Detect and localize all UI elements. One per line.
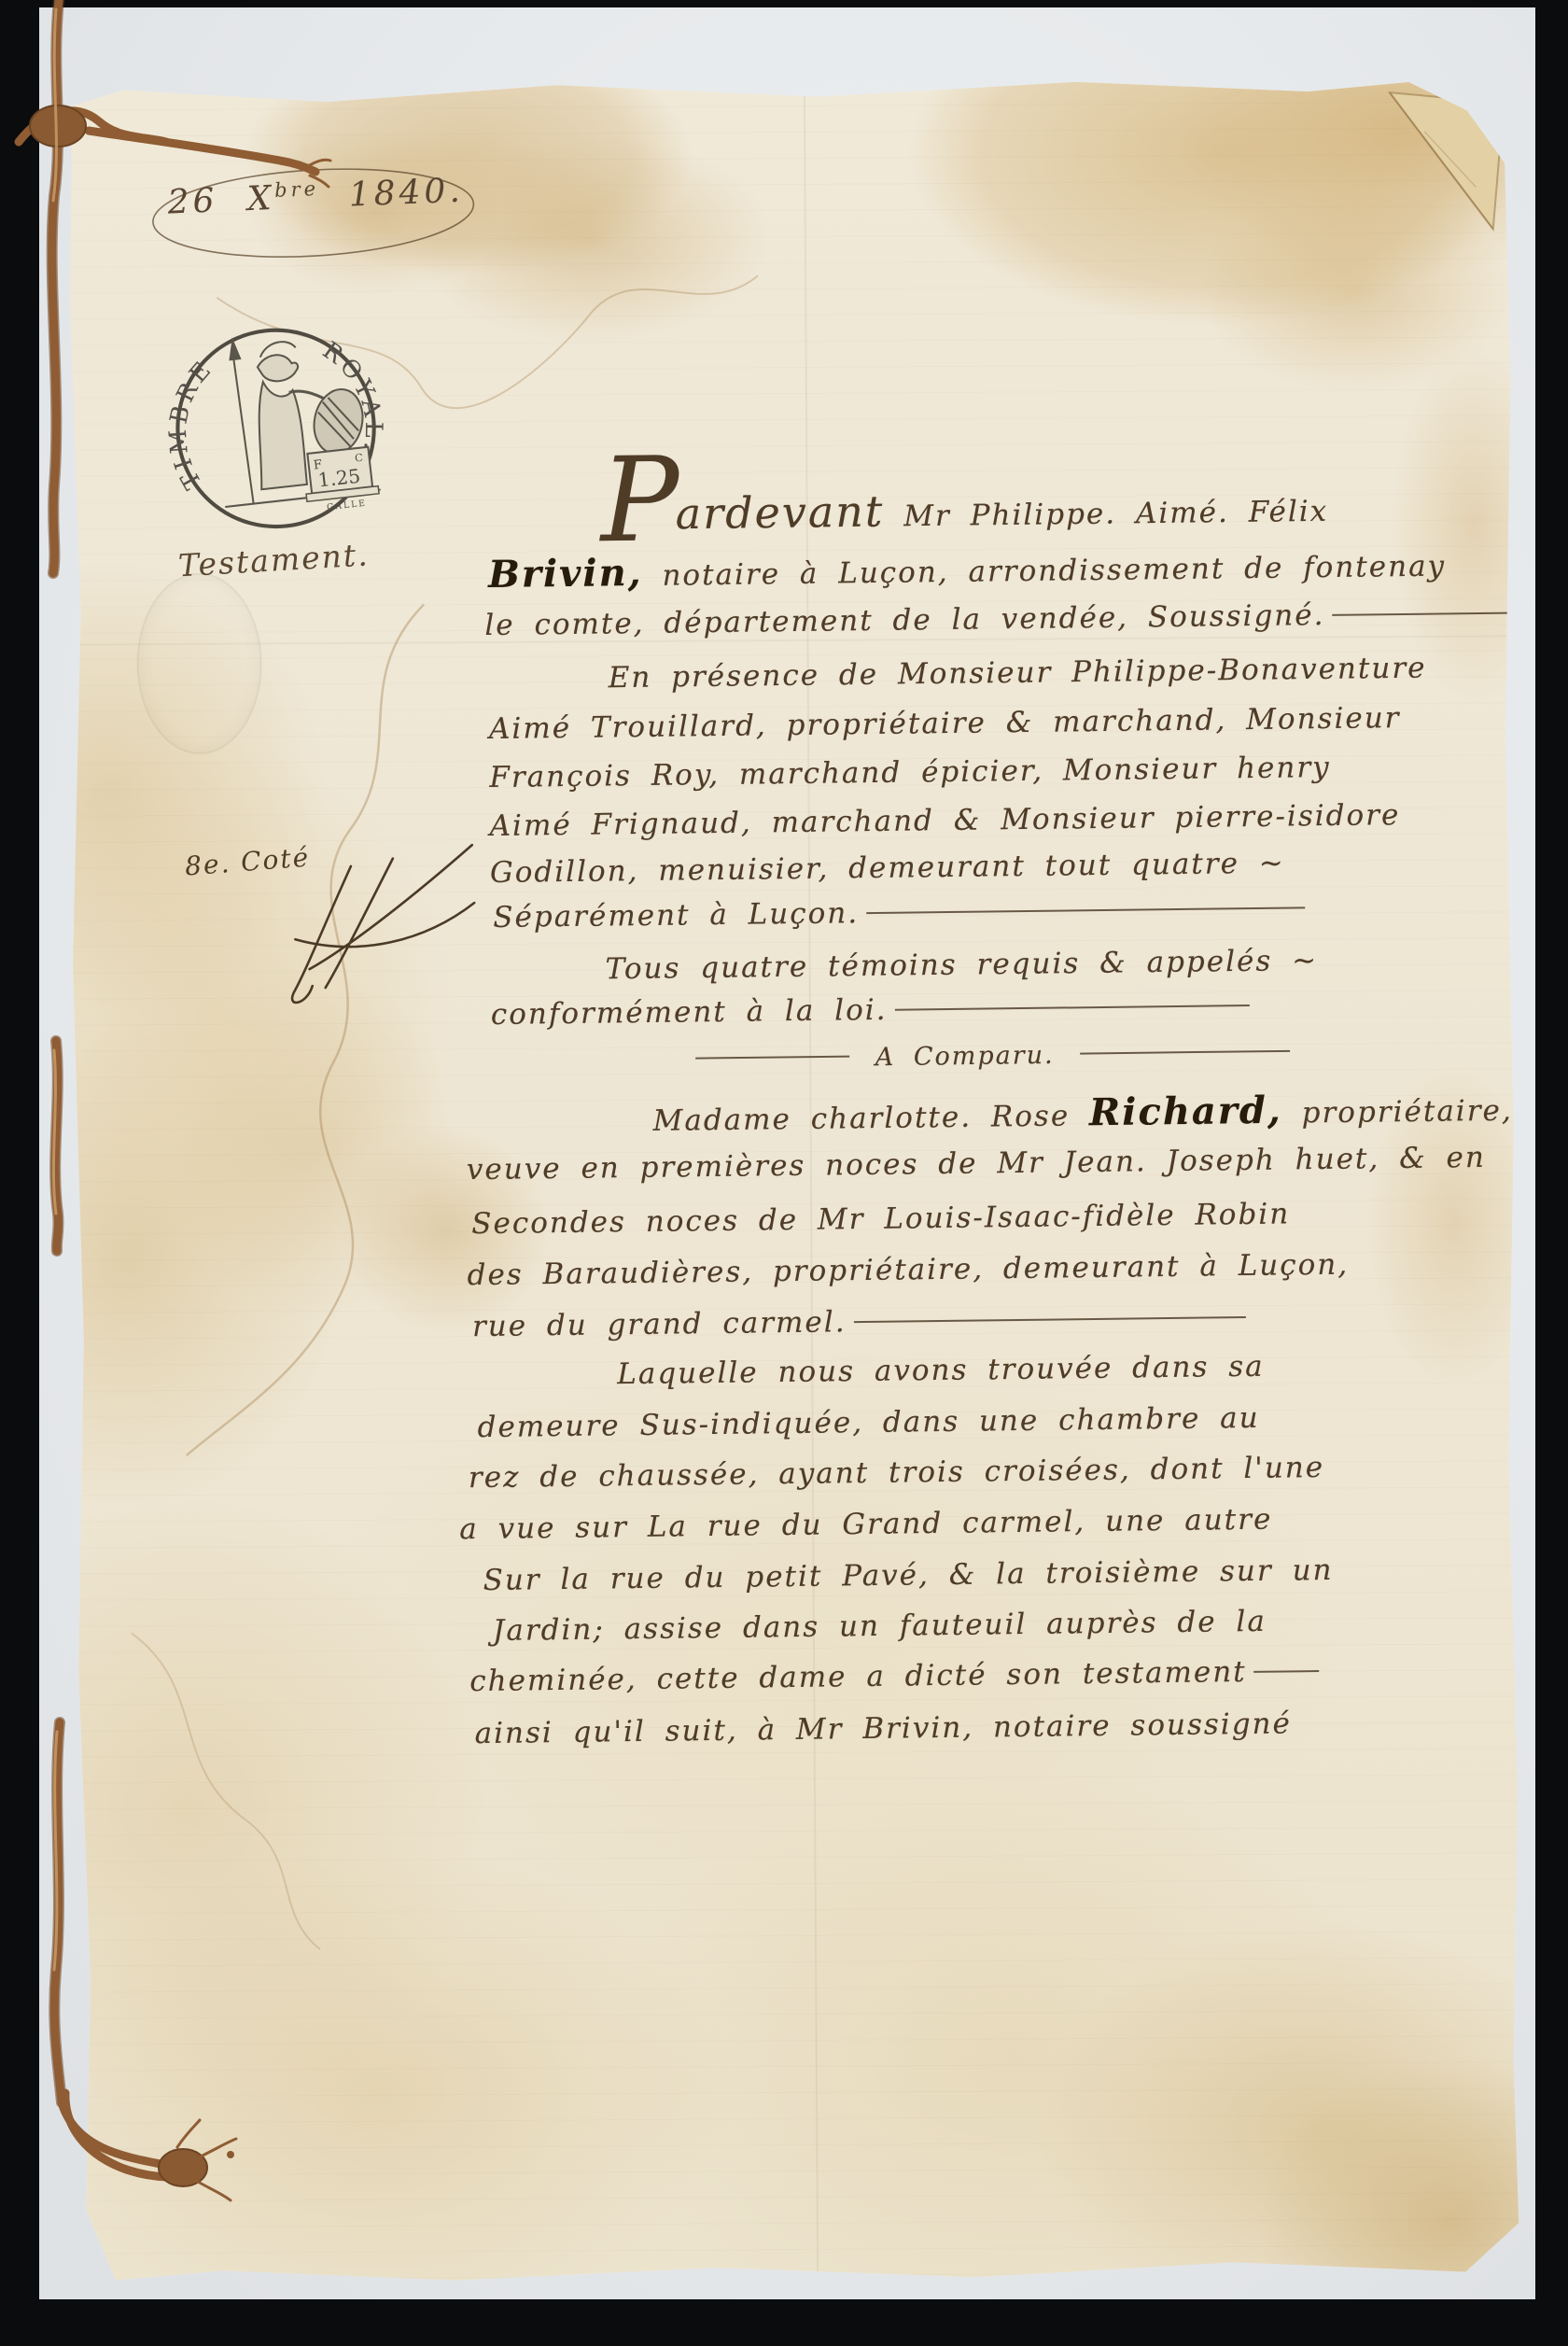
manuscript-line: Pardevant Mr Philippe. Aimé. Félix: [600, 481, 1328, 541]
manuscript-line: Laquelle nous avons trouvée dans sa: [617, 1350, 1265, 1391]
manuscript-line: des Baraudières, propriétaire, demeurant…: [467, 1248, 1349, 1293]
manuscript-line: ainsi qu'il suit, à Mr Brivin, notaire s…: [474, 1707, 1292, 1750]
manuscript-text: Pardevant Mr Philippe. Aimé. FélixBrivin…: [66, 75, 1523, 2286]
manuscript-line: A Comparu.: [688, 1038, 1297, 1075]
manuscript-line: Aimé Frignaud, marchand & Monsieur pierr…: [489, 798, 1400, 843]
photo-stage: 26 Xbre 1840. TIMBRE ROYAL.: [0, 0, 1568, 2346]
document-page: 26 Xbre 1840. TIMBRE ROYAL.: [66, 75, 1523, 2286]
manuscript-line: François Roy, marchand épicier, Monsieur…: [489, 751, 1331, 794]
manuscript-line: En présence de Monsieur Philippe-Bonaven…: [608, 651, 1426, 695]
manuscript-line: Tous quatre témoins requis & appelés ~: [605, 944, 1318, 986]
manuscript-line: Madame charlotte. Rose Richard, propriét…: [652, 1086, 1513, 1140]
manuscript-line: Jardin; assise dans un fauteuil auprès d…: [493, 1605, 1267, 1648]
manuscript-line: Sur la rue du petit Pavé, & la troisième…: [483, 1553, 1333, 1597]
manuscript-line: Aimé Trouillard, propriétaire & marchand…: [489, 701, 1401, 746]
manuscript-line: a vue sur La rue du Grand carmel, une au…: [459, 1503, 1272, 1547]
manuscript-line: rue du grand carmel.: [472, 1300, 1253, 1343]
manuscript-line: conformément à la loi.: [491, 989, 1257, 1032]
manuscript-line: Godillon, menuisier, demeurant tout quat…: [490, 847, 1285, 890]
manuscript-line: demeure Sus-indiquée, dans une chambre a…: [477, 1401, 1259, 1444]
manuscript-line: cheminée, cette dame a dicté son testame…: [469, 1654, 1327, 1698]
manuscript-line: le comte, département de la vendée, Sous…: [484, 595, 1568, 642]
manuscript-line: Séparément à Luçon.: [493, 891, 1312, 934]
manuscript-line: veuve en premières noces de Mr Jean. Jos…: [467, 1141, 1486, 1187]
manuscript-line: Secondes noces de Mr Louis-Isaac-fidèle …: [471, 1197, 1290, 1241]
manuscript-line: rez de chaussée, ayant trois croisées, d…: [469, 1451, 1325, 1495]
